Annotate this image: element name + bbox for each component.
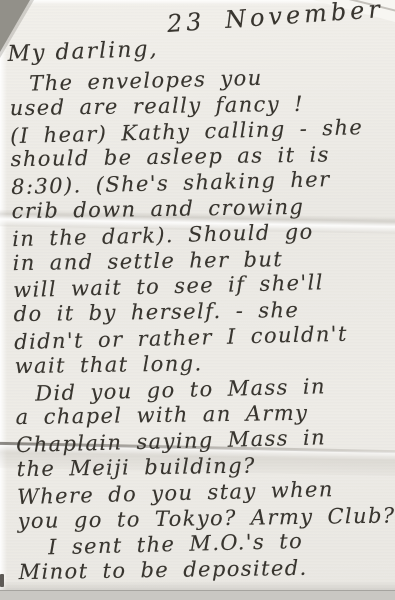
date-line: 23 November: [166, 0, 385, 38]
salutation: My darling,: [7, 37, 159, 67]
scanner-background-strip: [0, 590, 395, 600]
edge-mark-bottom-left: [0, 574, 4, 587]
letter-paper: 23 November My darling, The envelopes yo…: [0, 0, 395, 592]
scanned-letter-page: 23 November My darling, The envelopes yo…: [0, 0, 395, 600]
letter-body: The envelopes you used are really fancy …: [9, 64, 395, 587]
paper-left-edge-highlight: [0, 0, 7, 592]
